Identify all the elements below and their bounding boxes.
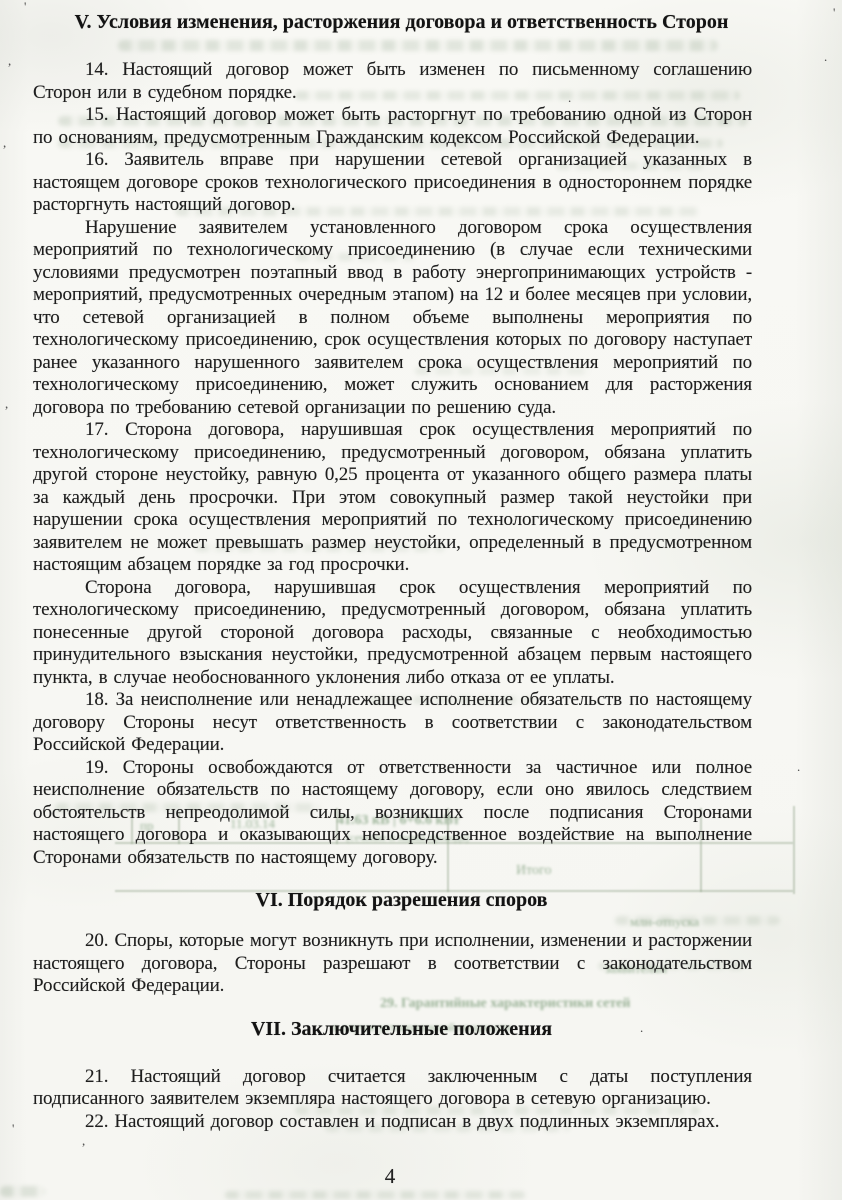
paragraph-17: 17. Сторона договора, нарушившая срок ос… <box>33 419 752 577</box>
paragraph-19: 19. Стороны освобождаются от ответственн… <box>33 757 752 870</box>
scan-speck: , <box>30 1194 33 1200</box>
paragraph-22: 22. Настоящий договор составлен и подпис… <box>33 1111 752 1134</box>
scan-speck: . <box>824 52 827 62</box>
scan-speck: ' <box>24 2 26 12</box>
bleed-through-table-rule <box>793 806 795 894</box>
scanned-contract-page: { "document": { "sections": [ { "title":… <box>0 0 842 1200</box>
scan-speck: . <box>797 762 800 772</box>
page-number: 4 <box>0 1164 780 1189</box>
scan-speck: ' <box>833 8 835 18</box>
section-v-heading: V. Условия изменения, расторжения догово… <box>33 10 752 34</box>
scan-speck: , <box>5 399 8 409</box>
paragraph-21: 21. Настоящий договор считается заключен… <box>33 1066 752 1111</box>
scan-speck: , <box>82 1136 85 1146</box>
scan-speck: , <box>3 138 6 148</box>
scan-speck: , <box>8 56 11 66</box>
bleed-through-smudge <box>225 1191 525 1199</box>
paragraph-16: 16. Заявитель вправе при нарушении сетев… <box>33 149 752 217</box>
scan-speck: ' <box>12 1124 14 1134</box>
paragraph-16-subclause: Нарушение заявителем установленного дого… <box>33 217 752 420</box>
paragraph-20: 20. Споры, которые могут возникнуть при … <box>33 930 752 998</box>
paragraph-14: 14. Настоящий договор может быть изменен… <box>33 59 752 104</box>
paragraph-18: 18. За неисполнение или ненадлежащее исп… <box>33 689 752 757</box>
paragraph-15: 15. Настоящий договор может быть расторг… <box>33 104 752 149</box>
paragraph-17-subclause: Сторона договора, нарушившая срок осущес… <box>33 577 752 690</box>
section-vi-heading: VI. Порядок разрешения споров <box>33 888 752 912</box>
document-body: V. Условия изменения, расторжения догово… <box>33 0 752 1133</box>
section-vii-heading: VII. Заключительные положения <box>33 1017 752 1041</box>
